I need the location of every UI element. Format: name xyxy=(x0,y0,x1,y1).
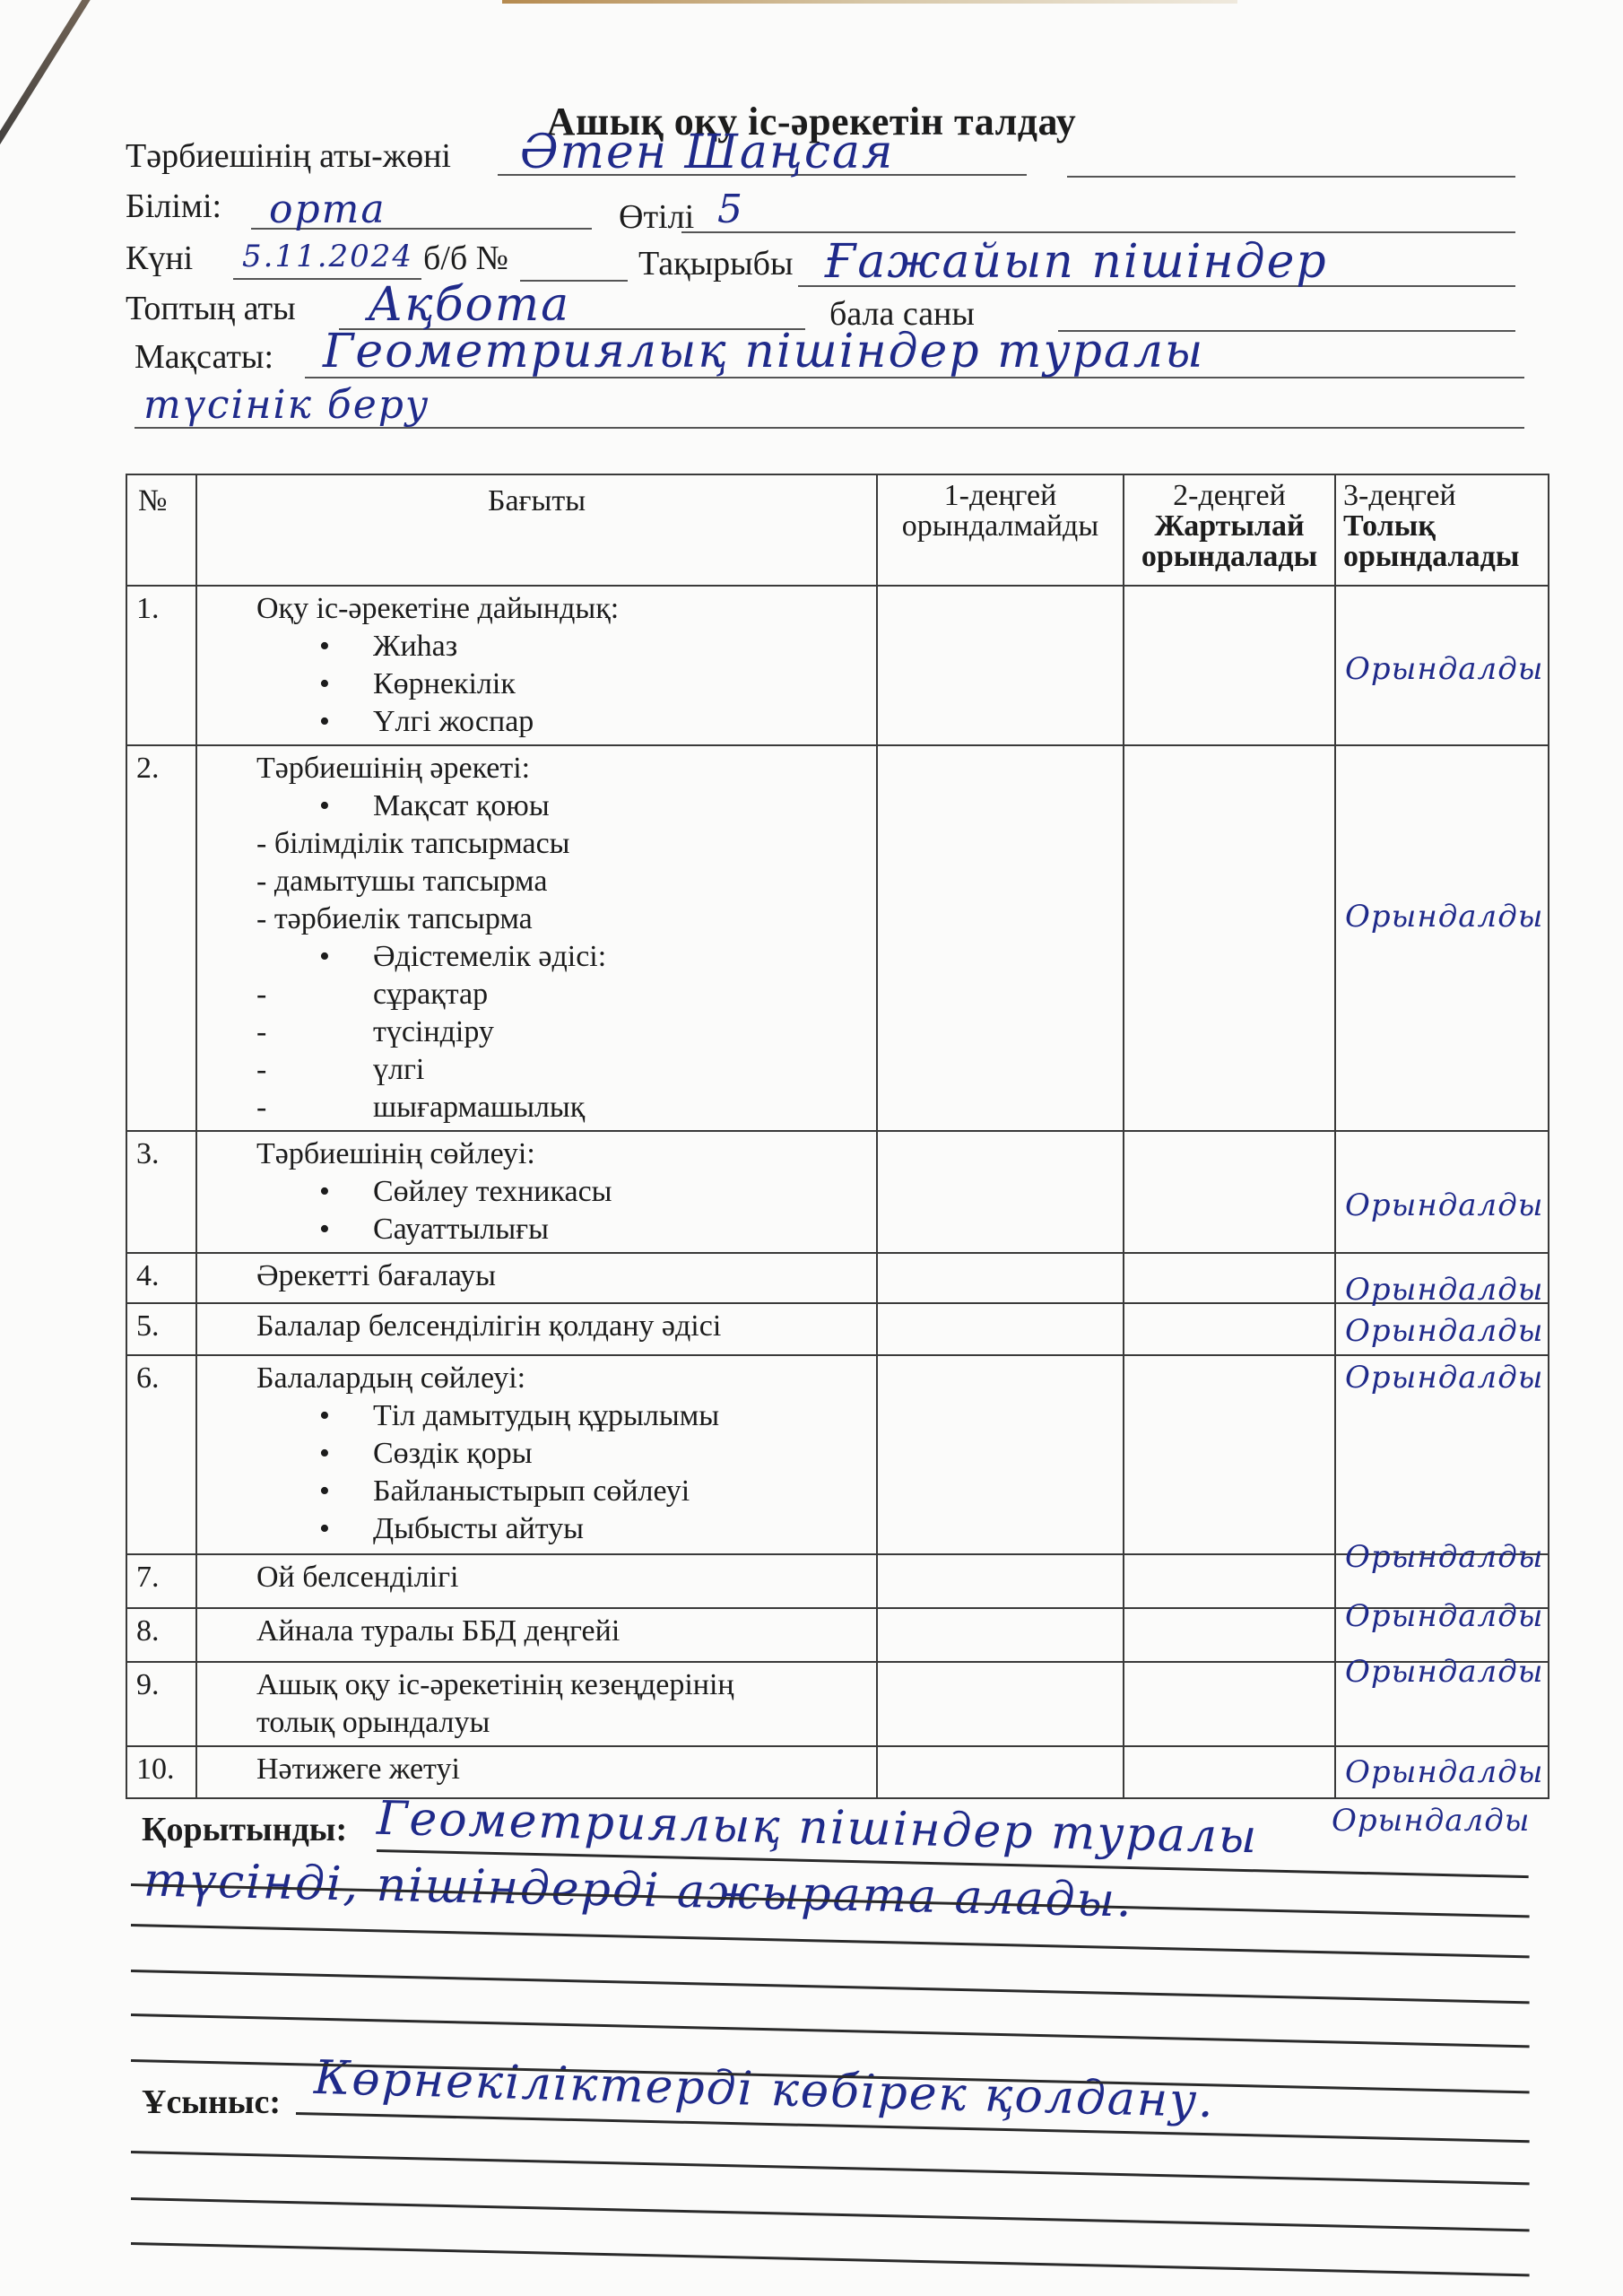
row-number: 4. xyxy=(126,1253,196,1303)
level-3-cell[interactable]: Орындалды xyxy=(1335,1253,1549,1303)
table-row: 8. Айнала туралы ББД деңгейі Орындалды xyxy=(126,1608,1549,1662)
conclusion-label: Қорытынды: xyxy=(142,1810,347,1849)
suggestion-line-2 xyxy=(131,2151,1530,2185)
sub-item: -шығармашылық xyxy=(256,1089,876,1126)
conclusion-line-5 xyxy=(131,2013,1530,2048)
conclusion-line-4 xyxy=(131,1970,1530,2004)
education-value[interactable]: орта xyxy=(269,187,386,232)
education-label: Білімі: xyxy=(126,187,221,226)
level-3-mark: Орындалды xyxy=(1345,1539,1543,1575)
level-3-cell[interactable]: Орындалды xyxy=(1335,1746,1549,1798)
row-label: Нәтижеге жетуі xyxy=(256,1751,876,1788)
goal-value-line1[interactable]: Геометриялық пішіндер туралы xyxy=(323,325,1204,378)
level-1-cell[interactable] xyxy=(877,1608,1124,1662)
list-item: Жиһаз xyxy=(319,628,876,665)
row-number: 9. xyxy=(126,1662,196,1746)
header-level-1-desc: орындалмайды xyxy=(878,511,1123,542)
suggestion-line-3 xyxy=(131,2197,1530,2231)
list-item: Көрнекілік xyxy=(319,665,876,703)
row-number: 8. xyxy=(126,1608,196,1662)
level-3-mark: Орындалды xyxy=(1345,1754,1543,1790)
evaluation-table: № Бағыты 1-деңгей орындалмайды 2-деңгей … xyxy=(126,474,1549,1799)
level-2-cell[interactable] xyxy=(1124,1253,1335,1303)
topic-label: Тақырыбы xyxy=(638,244,794,283)
level-1-cell[interactable] xyxy=(877,1355,1124,1554)
topic-value[interactable]: Ғажайып пішіндер xyxy=(825,235,1328,289)
group-name-value[interactable]: Ақбота xyxy=(368,278,570,332)
row-label: Тәрбиешінің әрекеті: xyxy=(256,750,876,787)
row-direction: Айнала туралы ББД деңгейі xyxy=(196,1608,877,1662)
level-3-mark: Орындалды xyxy=(1345,1272,1543,1308)
row-direction: Нәтижеге жетуі xyxy=(196,1746,877,1798)
row-number: 3. xyxy=(126,1131,196,1253)
row-direction: Тәрбиешінің әрекеті: Мақсат қоюы - білім… xyxy=(196,745,877,1131)
list-item: Сөздік қоры xyxy=(319,1435,876,1473)
level-3-mark: Орындалды xyxy=(1345,1313,1543,1349)
level-2-cell[interactable] xyxy=(1124,745,1335,1131)
level-3-mark-overflow: Орындалды xyxy=(1332,1803,1530,1839)
list-item: Байланыстырып сөйлеуі xyxy=(319,1473,876,1510)
header-level-3-number: 3-деңгей xyxy=(1343,481,1548,511)
header-level-3-desc2: орындалады xyxy=(1343,542,1548,572)
header-level-3: 3-деңгей Толық орындалады xyxy=(1335,474,1549,586)
level-2-cell[interactable] xyxy=(1124,1131,1335,1253)
level-2-cell[interactable] xyxy=(1124,1554,1335,1608)
level-1-cell[interactable] xyxy=(877,1303,1124,1355)
row-label: Ашық оқу іс-әрекетінің кезеңдерінің xyxy=(256,1666,876,1704)
row-label: Ой белсенділігі xyxy=(256,1559,876,1596)
table-row: 4. Әрекетті бағалауы Орындалды xyxy=(126,1253,1549,1303)
level-1-cell[interactable] xyxy=(877,1131,1124,1253)
row-number: 5. xyxy=(126,1303,196,1355)
level-2-cell[interactable] xyxy=(1124,1608,1335,1662)
level-3-cell[interactable]: Орындалды xyxy=(1335,586,1549,745)
level-3-mark: Орындалды xyxy=(1345,1598,1543,1634)
sub-item: - дамытушы тапсырма xyxy=(256,863,876,900)
row-label: Балалардың сөйлеуі: xyxy=(256,1360,876,1397)
date-value[interactable]: 5.11.2024 xyxy=(242,239,413,274)
table-header-row: № Бағыты 1-деңгей орындалмайды 2-деңгей … xyxy=(126,474,1549,586)
table-row: 2. Тәрбиешінің әрекеті: Мақсат қоюы - бі… xyxy=(126,745,1549,1131)
row-number: 6. xyxy=(126,1355,196,1554)
header-level-2-desc2: орындалады xyxy=(1124,542,1334,572)
level-3-mark: Орындалды xyxy=(1345,1654,1543,1690)
header-level-2: 2-деңгей Жартылай орындалады xyxy=(1124,474,1335,586)
row-direction: Балалардың сөйлеуі: Тіл дамытудың құрылы… xyxy=(196,1355,877,1554)
header-no: № xyxy=(126,474,196,586)
level-2-cell[interactable] xyxy=(1124,1303,1335,1355)
row-direction: Тәрбиешінің сөйлеуі: Сөйлеу техникасы Са… xyxy=(196,1131,877,1253)
level-3-mark: Орындалды xyxy=(1345,1187,1543,1223)
teacher-name-value[interactable]: Әтен Шаңсая xyxy=(520,126,894,179)
header-level-1-number: 1-деңгей xyxy=(878,481,1123,511)
row-number: 2. xyxy=(126,745,196,1131)
row-number: 7. xyxy=(126,1554,196,1608)
level-1-cell[interactable] xyxy=(877,1662,1124,1746)
experience-value[interactable]: 5 xyxy=(717,187,744,232)
row-label: Балалар белсенділігін қолдану әдісі xyxy=(256,1308,876,1345)
table-row: 7. Ой белсенділігі Орындалды xyxy=(126,1554,1549,1608)
table-row: 9. Ашық оқу іс-әрекетінің кезеңдерінің т… xyxy=(126,1662,1549,1746)
list-item: Сөйлеу техникасы xyxy=(319,1173,876,1211)
level-3-mark: Орындалды xyxy=(1345,1360,1543,1396)
level-3-mark: Орындалды xyxy=(1345,651,1543,687)
row-label: Айнала туралы ББД деңгейі xyxy=(256,1613,876,1650)
level-1-cell[interactable] xyxy=(877,1253,1124,1303)
row-number: 10. xyxy=(126,1746,196,1798)
level-3-cell[interactable]: Орындалды xyxy=(1335,1355,1549,1554)
suggestion-label: Ұсыныс: xyxy=(142,2083,281,2122)
row-direction: Әрекетті бағалауы xyxy=(196,1253,877,1303)
list-item: Дыбысты айтуы xyxy=(319,1510,876,1548)
table-row: 10. Нәтижеге жетуі Орындалды xyxy=(126,1746,1549,1798)
level-1-cell[interactable] xyxy=(877,586,1124,745)
row-direction: Оқу іс-әрекетіне дайындық: Жиһаз Көрнекі… xyxy=(196,586,877,745)
sub-item: -үлгі xyxy=(256,1051,876,1089)
list-item: Сауаттылығы xyxy=(319,1211,876,1248)
sub-item: -түсіндіру xyxy=(256,1013,876,1051)
list-item: Мақсат қоюы xyxy=(319,787,876,825)
header-level-2-number: 2-деңгей xyxy=(1124,481,1334,511)
list-item: Әдістемелік әдісі: xyxy=(319,938,876,976)
level-3-mark: Орындалды xyxy=(1345,899,1543,935)
sub-item: -сұрақтар xyxy=(256,976,876,1013)
goal-value-line2[interactable]: түсінік беру xyxy=(143,382,430,428)
level-2-cell[interactable] xyxy=(1124,586,1335,745)
table-row: 6. Балалардың сөйлеуі: Тіл дамытудың құр… xyxy=(126,1355,1549,1554)
list-item: Тіл дамытудың құрылымы xyxy=(319,1397,876,1435)
row-direction: Ашық оқу іс-әрекетінің кезеңдерінің толы… xyxy=(196,1662,877,1746)
group-name-label: Топтың аты xyxy=(126,289,296,328)
scan-top-edge xyxy=(502,0,1237,4)
row-number: 1. xyxy=(126,586,196,745)
level-2-cell[interactable] xyxy=(1124,1355,1335,1554)
level-3-cell[interactable]: Орындалды xyxy=(1335,1131,1549,1253)
level-2-cell[interactable] xyxy=(1124,1746,1335,1798)
order-no-label: б/б № xyxy=(423,239,508,278)
teacher-name-label: Тәрбиешінің аты-жөні xyxy=(126,136,451,176)
scan-corner-edge xyxy=(0,0,105,175)
conclusion-line-3 xyxy=(131,1924,1530,1958)
row-label: Тәрбиешінің сөйлеуі: xyxy=(256,1135,876,1173)
header-level-1: 1-деңгей орындалмайды xyxy=(877,474,1124,586)
level-1-cell[interactable] xyxy=(877,1554,1124,1608)
table-row: 5. Балалар белсенділігін қолдану әдісі О… xyxy=(126,1303,1549,1355)
date-label: Күні xyxy=(126,239,193,278)
sub-item: - білімділік тапсырмасы xyxy=(256,825,876,863)
level-1-cell[interactable] xyxy=(877,745,1124,1131)
experience-line xyxy=(681,231,1515,233)
table-row: 3. Тәрбиешінің сөйлеуі: Сөйлеу техникасы… xyxy=(126,1131,1549,1253)
row-label-cont: толық орындалуы xyxy=(256,1704,876,1742)
level-2-cell[interactable] xyxy=(1124,1662,1335,1746)
level-3-cell[interactable]: Орындалды xyxy=(1335,1303,1549,1355)
header-level-2-desc: Жартылай xyxy=(1124,511,1334,542)
header-direction: Бағыты xyxy=(196,474,877,586)
row-direction: Ой белсенділігі xyxy=(196,1554,877,1608)
row-direction: Балалар белсенділігін қолдану әдісі xyxy=(196,1303,877,1355)
row-label: Оқу іс-әрекетіне дайындық: xyxy=(256,590,876,628)
level-3-cell[interactable]: Орындалды xyxy=(1335,1662,1549,1746)
header-level-3-desc: Толық xyxy=(1343,511,1548,542)
goal-label: Мақсаты: xyxy=(135,337,273,377)
suggestion-line-4 xyxy=(131,2242,1530,2276)
level-3-cell[interactable]: Орындалды xyxy=(1335,745,1549,1131)
sub-item: - тәрбиелік тапсырма xyxy=(256,900,876,938)
level-1-cell[interactable] xyxy=(877,1746,1124,1798)
list-item: Үлгі жоспар xyxy=(319,703,876,741)
row-label: Әрекетті бағалауы xyxy=(256,1257,876,1295)
teacher-name-line-ext xyxy=(1067,176,1515,178)
table-row: 1. Оқу іс-әрекетіне дайындық: Жиһаз Көрн… xyxy=(126,586,1549,745)
